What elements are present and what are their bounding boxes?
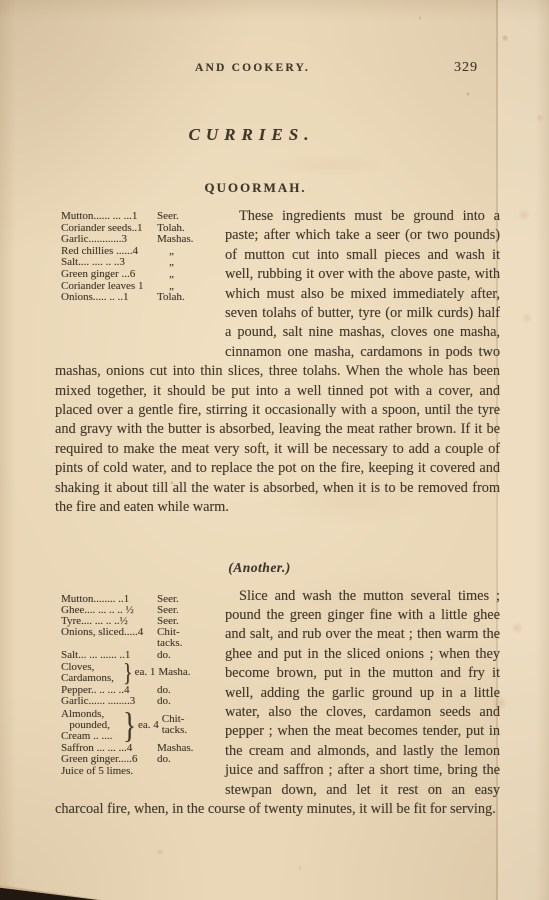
ingredient-row: Onions..... .. ..1Tolah. (61, 292, 225, 304)
ingredient-name: Garlic...... ........3 (61, 696, 157, 707)
ingredient-names: Almonds, pounded, Cream .. .... (61, 709, 123, 743)
ingredient-name: Juice of 5 limes. (61, 766, 225, 777)
running-header: AND COOKERY. (195, 62, 310, 74)
ingredient-unit: Chit-tacks. (157, 627, 203, 649)
ingredient-row: Onions, sliced.....4Chit-tacks. (61, 627, 225, 649)
ingredient-qty: ea. 4 (138, 720, 159, 731)
running-header-row: AND COOKERY. 329 (55, 62, 500, 79)
ingredient-group-row: Cloves, Cardamons,}ea. 1Masha. (61, 662, 225, 684)
ingredient-unit: do. (157, 650, 203, 661)
ingredient-row: Juice of 5 limes. (61, 766, 225, 777)
ingredient-row: Salt... ... ...... ..1do. (61, 650, 225, 661)
page-content: AND COOKERY. 329 CURRIES. QUOORMAH. Mutt… (55, 0, 500, 819)
brace-glyph: } (123, 660, 133, 685)
ingredient-row: Green ginger ...6„ (61, 269, 225, 281)
ingredient-name: Onions, sliced.....4 (61, 627, 157, 638)
recipe-heading-quoormah: QUOORMAH. (33, 180, 478, 196)
ingredient-table-2: Mutton........ ..1Seer.Ghee.... ... .. .… (55, 594, 225, 785)
ingredient-qty: ea. 1 (135, 667, 156, 678)
ingredient-unit: do. (157, 696, 203, 707)
page-corner-shadow (0, 885, 98, 900)
ingredient-name: Salt... ... ...... ..1 (61, 650, 157, 661)
ingredient-group-row: Almonds, pounded, Cream .. ....}ea. 4Chi… (61, 709, 225, 743)
brace-glyph: } (123, 707, 136, 743)
ingredient-names: Cloves, Cardamons, (61, 662, 123, 684)
ingredient-unit: „ (157, 246, 215, 258)
recipe-another: Mutton........ ..1Seer.Ghee.... ... .. .… (55, 587, 500, 820)
ingredient-name: Onions..... .. ..1 (61, 292, 157, 304)
recipe-heading-another: (Another.) (37, 560, 482, 576)
ingredient-unit: „ (157, 269, 215, 281)
ingredient-name: Green ginger ...6 (61, 269, 157, 281)
book-page-scan: AND COOKERY. 329 CURRIES. QUOORMAH. Mutt… (0, 0, 549, 900)
page-number: 329 (454, 60, 478, 76)
recipe-quoormah: Mutton...... ... ...1Seer.Coriander seed… (55, 207, 500, 518)
ingredient-name: Mutton...... ... ...1 (61, 211, 157, 223)
ingredient-unit: „ (157, 257, 215, 269)
ingredient-name: Green ginger.....6 (61, 754, 157, 765)
ingredient-row: Garlic...... ........3do. (61, 696, 225, 707)
page-corner-edge (0, 883, 102, 900)
ingredient-unit: Tolah. (157, 292, 203, 304)
ingredient-unit: Seer. (157, 211, 203, 223)
ingredient-unit: Mashas. (157, 234, 203, 246)
ingredient-table-1: Mutton...... ... ...1Seer.Coriander seed… (55, 211, 225, 343)
ingredient-row: Mutton...... ... ...1Seer. (61, 211, 225, 223)
ingredient-row: Green ginger.....6do. (61, 754, 225, 765)
ingredient-unit: do. (157, 754, 203, 765)
ingredient-unit: Masha. (158, 667, 204, 678)
page-title: CURRIES. (29, 125, 474, 145)
page-edge-margin (498, 0, 549, 900)
ingredient-unit: Chit-tacks. (162, 714, 208, 736)
